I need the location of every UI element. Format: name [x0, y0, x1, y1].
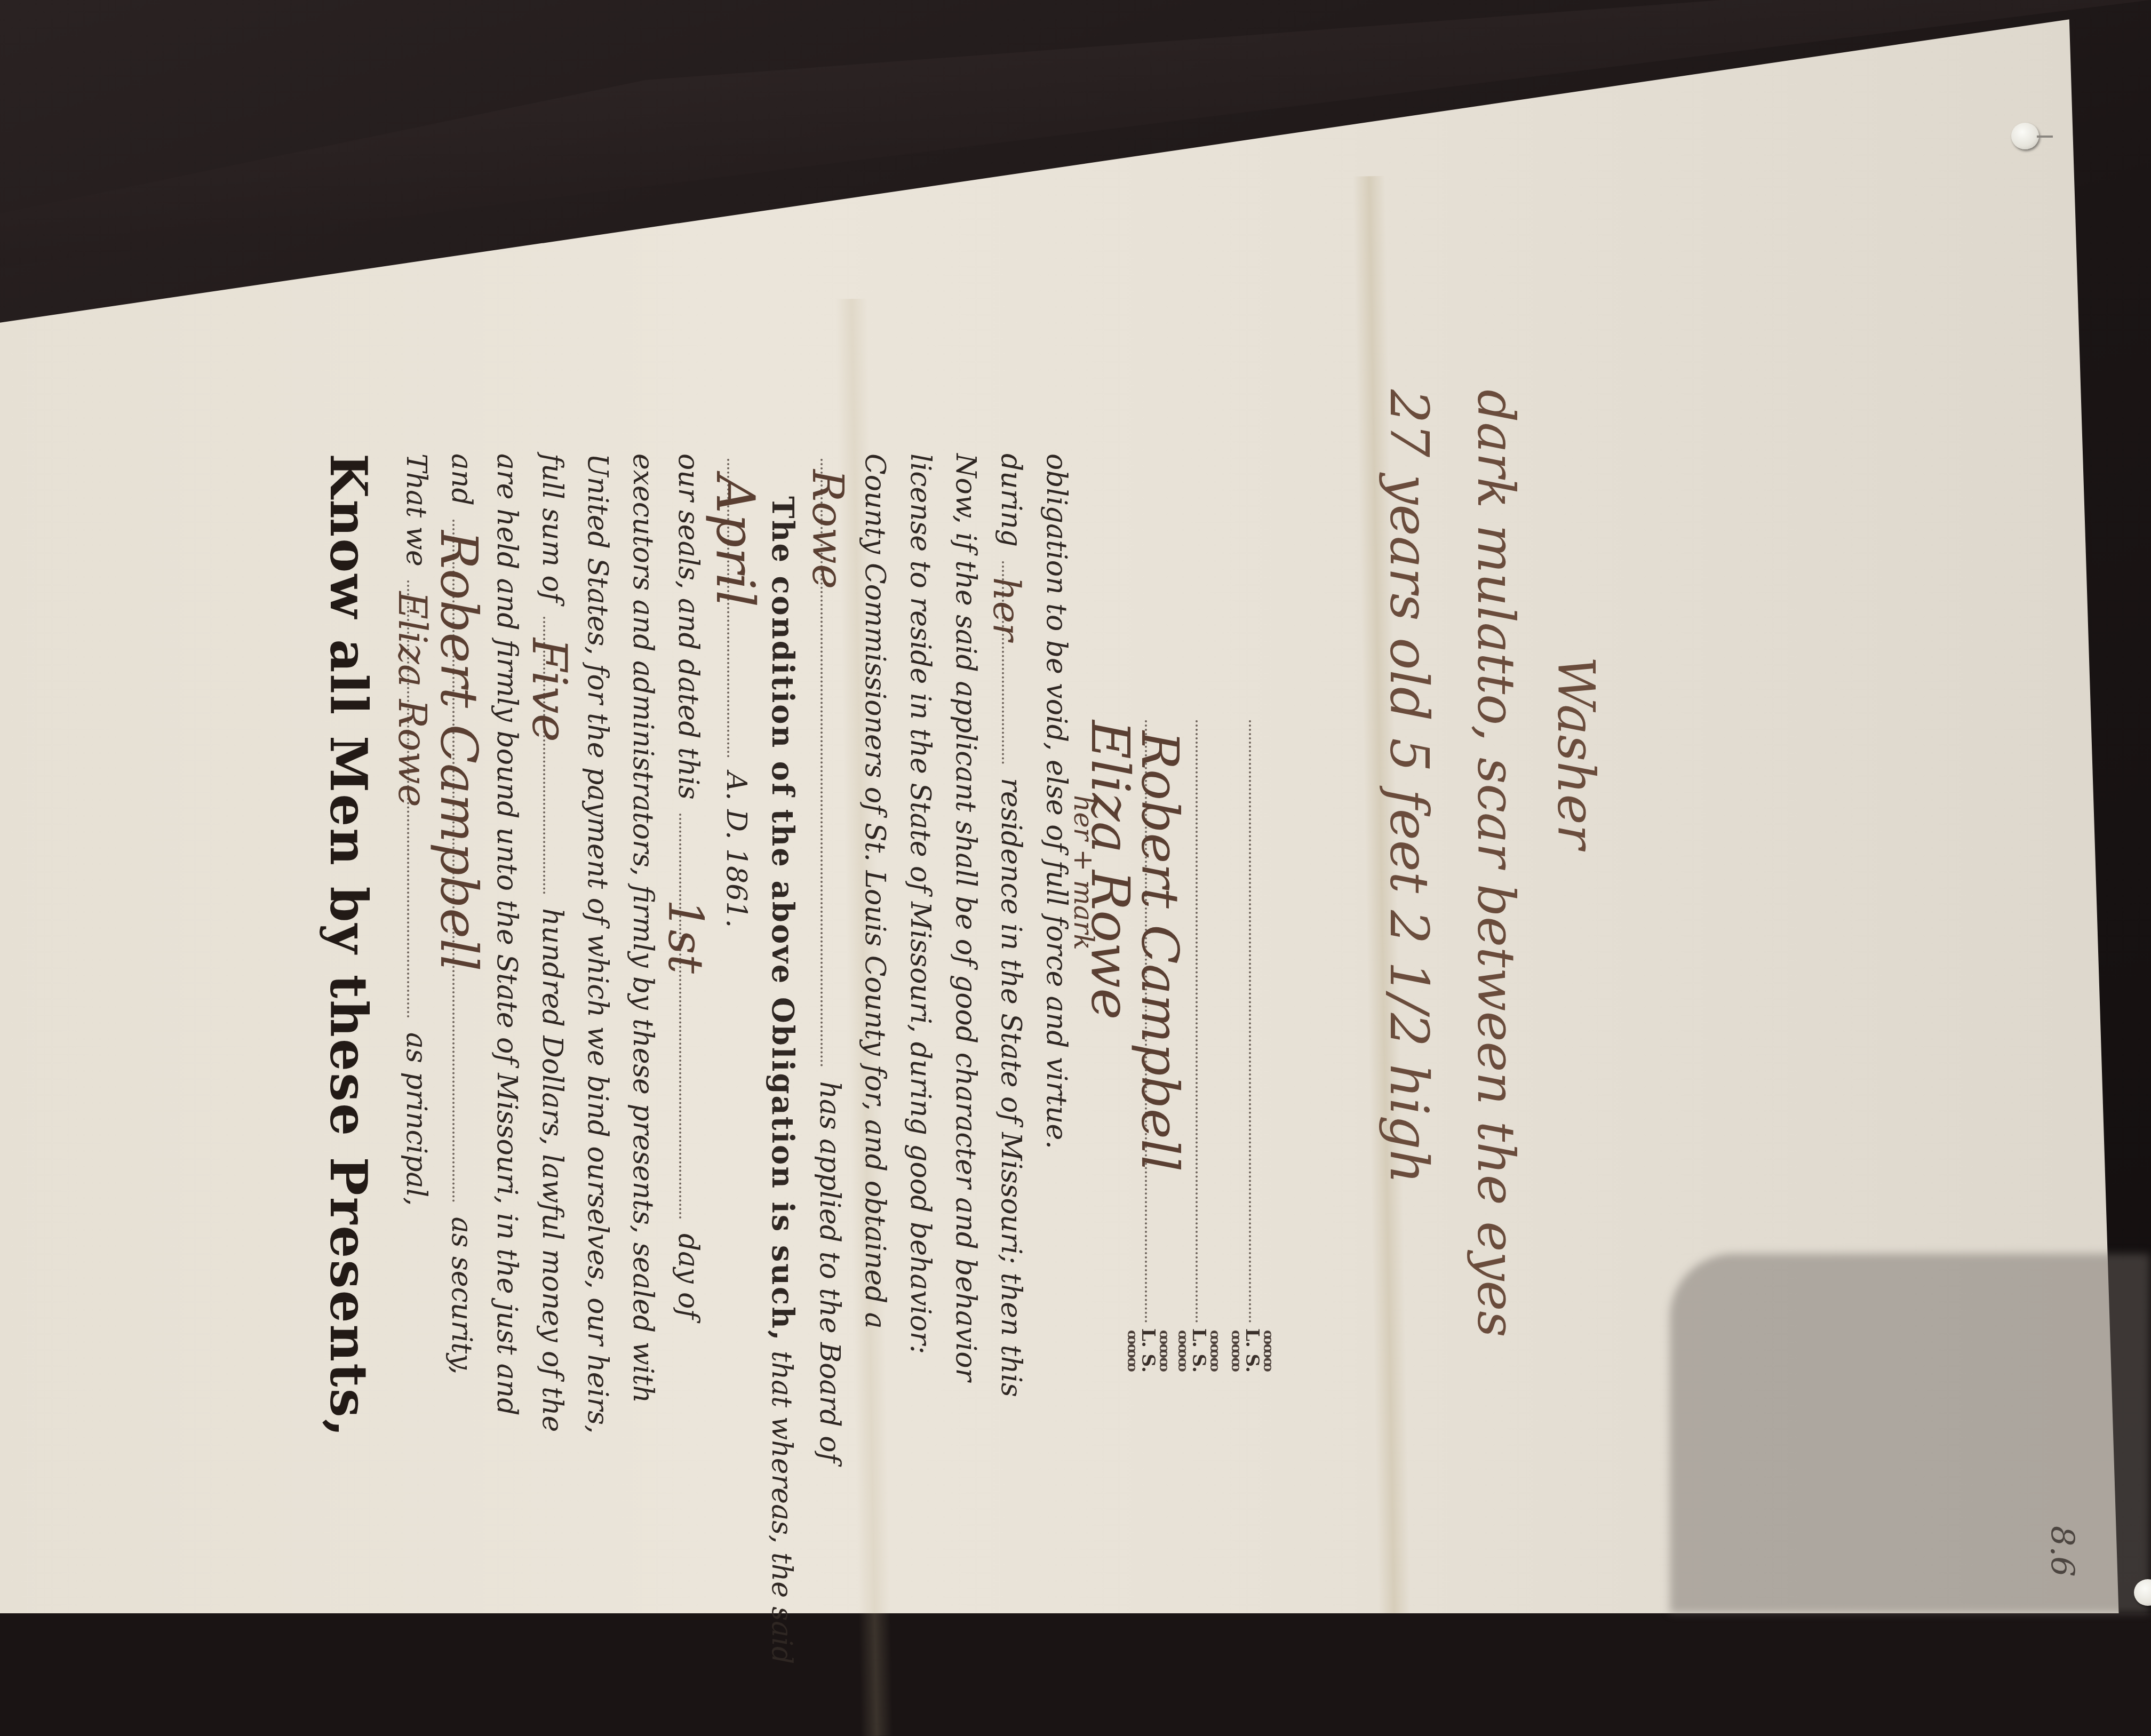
signature-line-2 — [1196, 720, 1198, 1323]
line4-prefix: full sum of — [536, 453, 568, 602]
description-line-1: 27 years old 5 feet 2 1/2 high — [1378, 389, 1440, 1184]
body-line-8: April A. D. 1861. — [720, 453, 752, 928]
line14-blank: her — [1002, 561, 1004, 764]
body-line-14: during her residence in the State of Mis… — [995, 453, 1027, 1397]
month-handwritten: April — [704, 475, 767, 607]
line7-suffix: day of — [672, 1233, 704, 1319]
body-line-9: The condition of the above Obligation is… — [765, 496, 800, 1613]
line7-prefix: our seals, and dated this — [672, 453, 704, 800]
line1-prefix: That we — [400, 453, 432, 567]
seal-rope-decoration: ꝏꝏꝏ — [1261, 1328, 1275, 1373]
principal-name-handwritten: Eliza Rowe — [390, 591, 435, 807]
body-line-6: executors and administrators, firmly by … — [627, 453, 659, 1403]
line4-blank: Five — [543, 617, 545, 894]
line8-blank: April — [727, 459, 729, 758]
body-line-4: full sum of Five hundred Dollars, lawful… — [536, 453, 568, 1432]
applicant-name-handwritten: Rowe — [803, 469, 853, 589]
pin-needle — [2037, 136, 2053, 138]
line14-prefix: during — [995, 453, 1027, 547]
pronoun-handwritten: her — [985, 577, 1029, 641]
body-line-1: That we Eliza Rowe as principal, — [400, 453, 432, 1206]
line2-blank: Robert Campbell — [452, 520, 455, 1203]
seal-1-label: L. S. — [1137, 1328, 1159, 1373]
body-line-11: County Commissioners of St. Louis County… — [859, 453, 891, 1329]
description-line-2: dark mulatto, scar between the eyes — [1466, 389, 1526, 1337]
line8-suffix: A. D. 1861. — [720, 772, 752, 928]
line7-blank: 1st — [679, 814, 681, 1219]
day-handwritten: 1st — [657, 899, 713, 974]
seal-2-label: L. S. — [1188, 1328, 1209, 1373]
seal-rope-decoration: ꝏꝏꝏ — [1157, 1328, 1171, 1373]
body-line-15: obligation to be void, else of full forc… — [1040, 453, 1072, 1149]
line1-blank: Eliza Rowe — [407, 580, 409, 1018]
body-line-13: Now, if the said applicant shall be of g… — [950, 453, 982, 1381]
seal-3-label: L. S. — [1241, 1328, 1263, 1373]
line14-suffix: residence in the State of Missouri; then… — [995, 778, 1027, 1397]
archive-number-mark: 8.6 — [2043, 1526, 2081, 1576]
document-title: Know all Men by these Presents, — [318, 453, 379, 1438]
line10-blank: Rowe — [820, 459, 823, 1067]
seal-rope-decoration: ꝏꝏꝏ — [1208, 1328, 1222, 1373]
bond-document: Know all Men by these Presents, That we … — [293, 176, 1467, 1536]
condition-heading: The condition of the above Obligation is… — [765, 496, 800, 1342]
condition-rest: that whereas, the said — [766, 1351, 798, 1613]
signature-security: Robert Campbell — [1130, 731, 1190, 1172]
body-line-7: our seals, and dated this 1st day of — [672, 453, 704, 1319]
amount-handwritten: Five — [521, 638, 577, 742]
body-line-3: are held and firmly bound unto the State… — [491, 453, 523, 1416]
line10-suffix: has applied to the Board of — [814, 1081, 846, 1463]
seal-3: ꝏꝏꝏ L. S. ꝏꝏꝏ — [1229, 1328, 1275, 1373]
line2-prefix: and — [445, 453, 477, 506]
seal-1: ꝏꝏꝏ L. S. ꝏꝏꝏ — [1125, 1328, 1171, 1373]
line4-suffix: hundred Dollars, lawful money of the — [536, 908, 568, 1432]
seal-rope-decoration: ꝏꝏꝏ — [1125, 1328, 1139, 1373]
body-line-5: United States, for the payment of which … — [581, 453, 614, 1434]
line1-suffix: as principal, — [400, 1032, 432, 1206]
security-name-handwritten: Robert Campbell — [429, 530, 489, 971]
line2-suffix: as security, — [445, 1217, 477, 1375]
pushpin-icon — [2011, 123, 2039, 149]
seal-2: ꝏꝏꝏ L. S. ꝏꝏꝏ — [1176, 1328, 1222, 1373]
body-line-2: and Robert Campbell as security, — [445, 453, 477, 1375]
signature-mark-annotation: her + mark — [1068, 795, 1099, 950]
body-line-12: license to reside in the State of Missou… — [904, 453, 936, 1354]
signature-line-3 — [1249, 720, 1251, 1323]
body-line-10: Rowe has applied to the Board of — [814, 453, 846, 1463]
seal-rope-decoration: ꝏꝏꝏ — [1176, 1328, 1190, 1373]
seal-rope-decoration: ꝏꝏꝏ — [1229, 1328, 1243, 1373]
description-line-3: Washer — [1546, 656, 1606, 849]
